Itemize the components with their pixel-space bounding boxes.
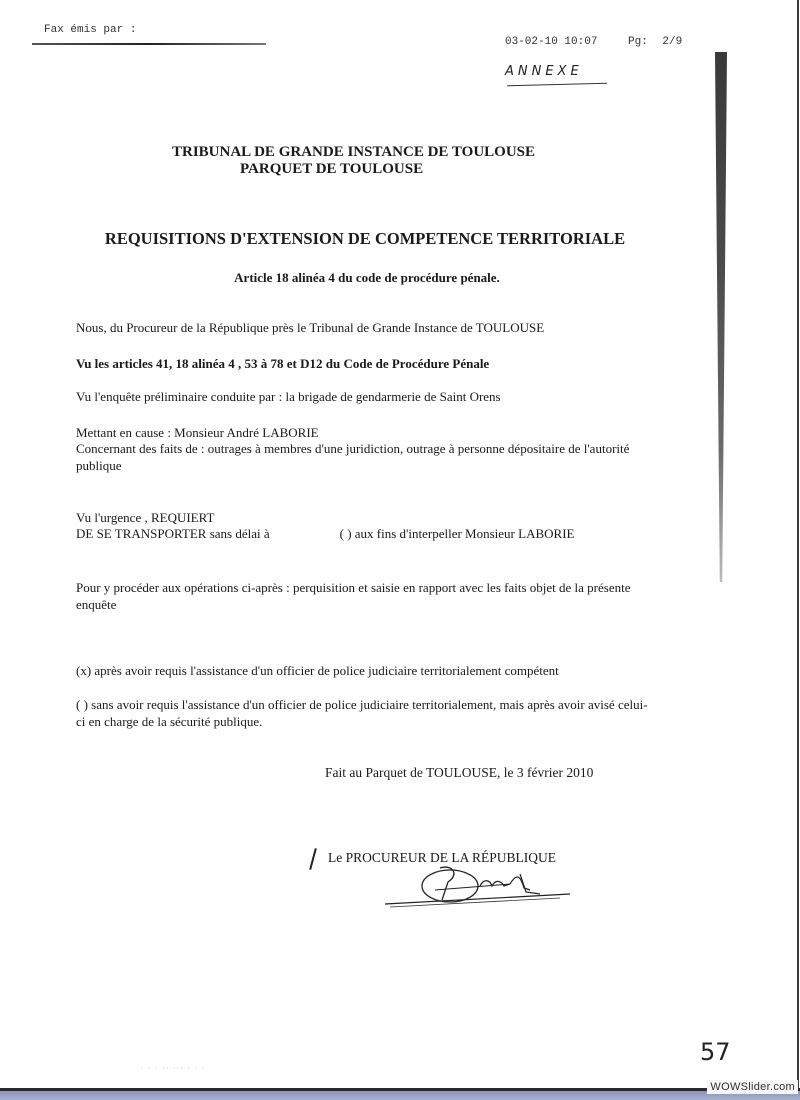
annexe-underline	[507, 83, 607, 87]
document-title-text: REQUISITIONS D'EXTENSION DE COMPETENCE T…	[105, 229, 625, 249]
paragraph-urgence-line2: DE SE TRANSPORTER sans délai à( ) aux fi…	[76, 525, 656, 542]
paragraph-mettant-en-cause: Mettant en cause : Monsieur André LABORI…	[76, 424, 656, 441]
option-without-assistance: ( ) sans avoir requis l'assistance d'un …	[76, 696, 656, 730]
fax-document-page: Fax émis par : 03-02-10 10:07 Pg: 2/9 AN…	[0, 0, 799, 1088]
urgence-interpeller-text: ( ) aux fins d'interpeller Monsieur LABO…	[340, 526, 575, 541]
option-with-assistance: (x) après avoir requis l'assistance d'un…	[76, 662, 656, 679]
paragraph-nous: Nous, du Procureur de la République près…	[76, 319, 656, 336]
place-and-date: Fait au Parquet de TOULOUSE, le 3 févrie…	[325, 765, 593, 781]
fax-page-value: 2/9	[662, 36, 682, 48]
handwritten-page-number: 57	[700, 1038, 731, 1066]
fax-header-rule	[32, 43, 266, 45]
paragraph-operations: Pour y procéder aux opérations ci-après …	[76, 579, 656, 613]
fax-page-indicator: Pg: 2/9	[628, 36, 682, 48]
footer-scan-noise: · · · ·· ··· · · ·	[140, 1065, 205, 1072]
document-article-reference: Article 18 alinéa 4 du code de procédure…	[0, 270, 734, 286]
viewer-bottom-bar	[0, 1088, 800, 1100]
scan-artifact-strip	[715, 52, 727, 582]
fax-sender-label: Fax émis par :	[44, 24, 136, 36]
paragraph-vu-articles: Vu les articles 41, 18 alinéa 4 , 53 à 7…	[76, 355, 656, 372]
document-title: REQUISITIONS D'EXTENSION DE COMPETENCE T…	[0, 229, 720, 249]
court-name: TRIBUNAL DE GRANDE INSTANCE DE TOULOUSE	[172, 144, 535, 161]
handwritten-signature	[380, 860, 580, 910]
handwritten-slash-mark	[309, 848, 317, 870]
court-office: PARQUET DE TOULOUSE	[240, 161, 423, 178]
fax-datetime: 03-02-10 10:07	[505, 36, 597, 48]
annexe-handwritten-note: ANNEXE	[505, 64, 583, 79]
urgence-transport-text: DE SE TRANSPORTER sans délai à	[76, 526, 270, 541]
paragraph-vu-enquete: Vu l'enquête préliminaire conduite par :…	[76, 388, 656, 405]
fax-page-label: Pg:	[628, 36, 648, 48]
paragraph-concernant: Concernant des faits de : outrages à mem…	[76, 440, 656, 474]
paragraph-urgence-line1: Vu l'urgence , REQUIERT	[76, 509, 656, 526]
watermark-label: WOWSlider.com	[707, 1080, 798, 1094]
